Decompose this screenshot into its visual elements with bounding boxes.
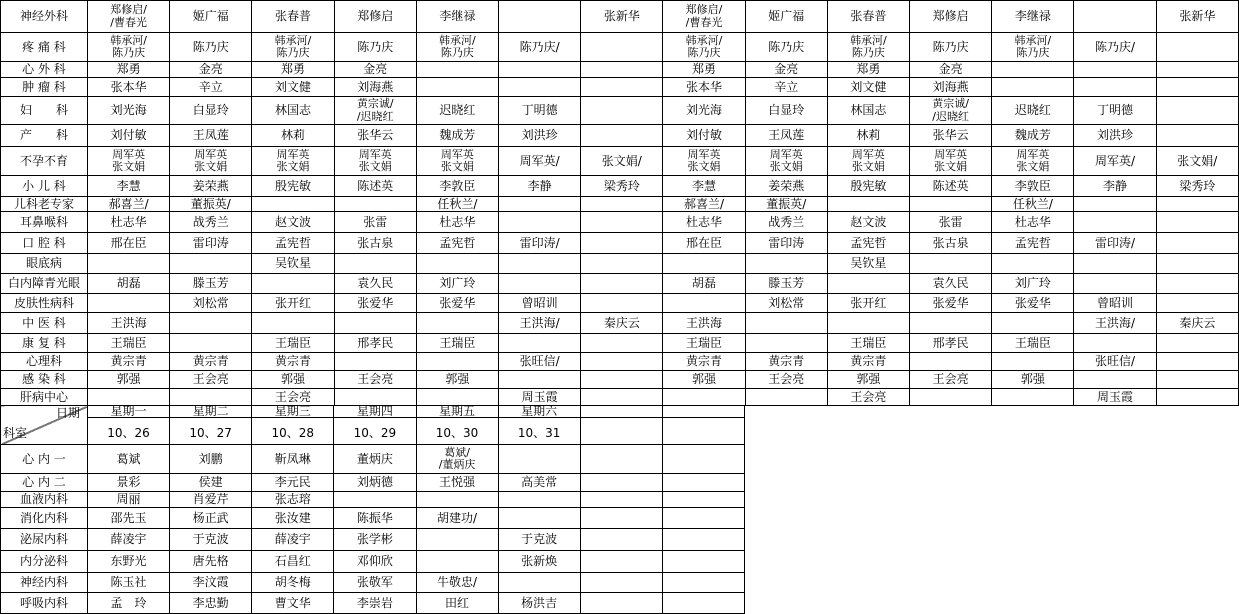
duty-cell: 陈述英 — [910, 176, 992, 197]
duty-cell — [662, 474, 744, 492]
duty-cell: 邢在臣 — [663, 233, 745, 254]
specialist-schedule-table: 神经外科郑修启/ /曹春光姬广福张春普郑修启李继禄张新华郑修启/ /曹春光姬广福… — [0, 0, 1239, 406]
duty-cell: 张新焕 — [498, 551, 580, 573]
duty-cell: 刘海燕 — [910, 78, 992, 97]
duty-cell — [1156, 334, 1238, 353]
duty-cell — [992, 62, 1074, 78]
duty-cell: 侯建 — [170, 474, 252, 492]
duty-cell: 周军英/ — [499, 147, 581, 176]
schedule-row: 心 内 一葛斌刘鹏靳凤琳董炳庆葛斌/ /董炳庆 — [1, 445, 745, 474]
duty-cell: 唐先格 — [170, 551, 252, 573]
duty-cell: 张新华 — [1156, 1, 1238, 33]
duty-cell: 黄宗青 — [252, 353, 334, 371]
duty-cell: 陈乃庆/ — [1074, 33, 1156, 62]
duty-cell: 董振英/ — [170, 197, 252, 212]
date-cell: 10、28 — [252, 418, 334, 445]
duty-cell — [88, 294, 170, 313]
duty-cell — [581, 97, 663, 125]
duty-cell — [581, 125, 663, 147]
duty-cell: 胡磊 — [663, 274, 745, 294]
duty-cell: 于克波 — [498, 529, 580, 551]
schedule-row: 妇 科刘光海白显玲林国志黄宗诚/ /迟晓红迟晓红丁明德刘光海白显玲林国志黄宗诚/… — [1, 97, 1239, 125]
duty-cell: 张古泉 — [334, 233, 416, 254]
duty-cell: 雷印涛 — [745, 233, 827, 254]
duty-cell: 王瑞臣 — [252, 334, 334, 353]
duty-cell: 梁秀玲 — [1156, 176, 1238, 197]
duty-cell — [1074, 62, 1156, 78]
date-dept-corner-cell: 日期科室 — [1, 406, 88, 445]
duty-cell: 郑勇 — [663, 62, 745, 78]
duty-cell — [580, 508, 662, 529]
duty-cell: 战秀兰 — [170, 212, 252, 233]
duty-cell — [499, 334, 581, 353]
duty-cell — [1074, 371, 1156, 389]
department-cell: 中 医 科 — [1, 313, 88, 334]
duty-cell — [498, 492, 580, 508]
duty-cell: 景彩 — [88, 474, 170, 492]
duty-cell — [416, 492, 498, 508]
duty-cell — [334, 389, 416, 406]
duty-cell: 陈乃庆 — [745, 33, 827, 62]
duty-cell: 张爱华 — [910, 294, 992, 313]
hospital-duty-schedule-sheet: 神经外科郑修启/ /曹春光姬广福张春普郑修启李继禄张新华郑修启/ /曹春光姬广福… — [0, 0, 1239, 614]
schedule-row: 中 医 科王洪海王洪海/秦庆云王洪海王洪海/秦庆云 — [1, 313, 1239, 334]
duty-cell — [334, 492, 416, 508]
duty-cell — [910, 389, 992, 406]
department-cell: 内分泌科 — [1, 551, 88, 573]
duty-cell — [581, 294, 663, 313]
duty-cell: 黄宗青 — [663, 353, 745, 371]
duty-cell: 韩承河/ 陈乃庆 — [416, 33, 498, 62]
duty-cell: 周玉霞 — [499, 389, 581, 406]
duty-cell: 周玉霞 — [1074, 389, 1156, 406]
duty-cell: 胡建功/ — [416, 508, 498, 529]
duty-cell: 魏成芳 — [416, 125, 498, 147]
schedule-row: 心 内 二景彩侯建李元民刘炳德王悦强高美常 — [1, 474, 745, 492]
duty-cell: 李元民 — [252, 474, 334, 492]
duty-cell — [662, 593, 744, 614]
duty-cell: 金亮 — [334, 62, 416, 78]
duty-cell — [334, 313, 416, 334]
duty-cell: 周军英 张文娟 — [88, 147, 170, 176]
duty-cell: 王瑞臣 — [663, 334, 745, 353]
duty-cell — [334, 197, 416, 212]
schedule-row: 眼底病吴钦星吴钦星 — [1, 254, 1239, 274]
duty-cell: 赵文波 — [252, 212, 334, 233]
duty-cell — [992, 254, 1074, 274]
department-cell: 耳鼻喉科 — [1, 212, 88, 233]
department-cell: 呼吸内科 — [1, 593, 88, 614]
duty-cell — [662, 508, 744, 529]
duty-cell — [1156, 97, 1238, 125]
duty-cell — [663, 389, 745, 406]
department-cell: 泌尿内科 — [1, 529, 88, 551]
duty-cell: 胡磊 — [88, 274, 170, 294]
schedule-row: 不孕不育周军英 张文娟周军英 张文娟周军英 张文娟周军英 张文娟周军英 张文娟周… — [1, 147, 1239, 176]
schedule-row: 肝病中心王会亮周玉霞王会亮周玉霞 — [1, 389, 1239, 406]
duty-cell: 秦庆云 — [581, 313, 663, 334]
date-cell — [580, 418, 662, 445]
schedule-row: 感 染 科郭强王会亮郭强王会亮郭强郭强王会亮郭强王会亮郭强 — [1, 371, 1239, 389]
duty-cell: 郝喜兰/ — [88, 197, 170, 212]
duty-cell: 黄宗青 — [170, 353, 252, 371]
duty-cell: 周军英 张文娟 — [910, 147, 992, 176]
duty-cell: 张雷 — [334, 212, 416, 233]
duty-cell: 王会亮 — [334, 371, 416, 389]
weekday-cell: 星期一 — [88, 406, 170, 418]
duty-cell — [580, 593, 662, 614]
duty-cell: 张新华 — [581, 1, 663, 33]
duty-cell: 孟宪哲 — [827, 233, 909, 254]
schedule-row: 心理科黄宗青黄宗青黄宗青张旺信/黄宗青黄宗青黄宗青张旺信/ — [1, 353, 1239, 371]
duty-cell — [499, 254, 581, 274]
corner-dept-label: 科室 — [3, 427, 27, 440]
duty-cell: 刘文健 — [252, 78, 334, 97]
department-cell: 产 科 — [1, 125, 88, 147]
duty-cell: 韩承河/ 陈乃庆 — [992, 33, 1074, 62]
duty-cell — [1156, 197, 1238, 212]
duty-cell — [499, 78, 581, 97]
weekday-cell: 星期四 — [334, 406, 416, 418]
schedule-row: 口 腔 科邢在臣雷印涛孟宪哲张古泉孟宪哲雷印涛/邢在臣雷印涛孟宪哲张古泉孟宪哲雷… — [1, 233, 1239, 254]
duty-cell: 郝喜兰/ — [663, 197, 745, 212]
schedule-row: 产 科刘付敏王凤莲林莉张华云魏成芳刘洪珍刘付敏王凤莲林莉张华云魏成芳刘洪珍 — [1, 125, 1239, 147]
duty-cell — [1074, 274, 1156, 294]
duty-cell: 李静 — [1074, 176, 1156, 197]
duty-cell: 丁明德 — [1074, 97, 1156, 125]
duty-cell — [1074, 1, 1156, 33]
duty-cell: 杨正武 — [170, 508, 252, 529]
duty-cell: 刘付敏 — [663, 125, 745, 147]
duty-cell: 雷印涛/ — [499, 233, 581, 254]
duty-cell — [334, 353, 416, 371]
duty-cell: 迟晓红 — [992, 97, 1074, 125]
duty-cell — [498, 573, 580, 593]
duty-cell: 孟 玲 — [88, 593, 170, 614]
duty-cell: 张爱华 — [334, 294, 416, 313]
duty-cell: 周军英 张文娟 — [745, 147, 827, 176]
duty-cell: 孟宪哲 — [252, 233, 334, 254]
duty-cell: 任秋兰/ — [992, 197, 1074, 212]
duty-cell: 王会亮 — [252, 389, 334, 406]
duty-cell — [992, 389, 1074, 406]
duty-cell: 李慧 — [663, 176, 745, 197]
schedule-row: 皮肤性病科刘松常张开红张爱华张爱华曾昭训刘松常张开红张爱华张爱华曾昭训 — [1, 294, 1239, 313]
duty-cell — [88, 254, 170, 274]
duty-cell: 周军英 张文娟 — [416, 147, 498, 176]
duty-cell — [581, 334, 663, 353]
duty-cell: 姬广福 — [745, 1, 827, 33]
duty-cell: 王洪海 — [88, 313, 170, 334]
duty-cell: 黄宗青 — [88, 353, 170, 371]
duty-cell: 杜志华 — [992, 212, 1074, 233]
duty-cell: 张爱华 — [992, 294, 1074, 313]
duty-cell — [416, 313, 498, 334]
duty-cell — [910, 313, 992, 334]
duty-cell — [1156, 62, 1238, 78]
duty-cell: 周军英 张文娟 — [992, 147, 1074, 176]
duty-cell — [498, 445, 580, 474]
duty-cell — [170, 389, 252, 406]
duty-cell: 李继禄 — [992, 1, 1074, 33]
duty-cell: 张本华 — [88, 78, 170, 97]
duty-cell: 李崇岩 — [334, 593, 416, 614]
duty-cell: 王会亮 — [745, 371, 827, 389]
duty-cell: 赵文波 — [827, 212, 909, 233]
duty-cell: 李汶霞 — [170, 573, 252, 593]
duty-cell — [992, 78, 1074, 97]
duty-cell: 周丽 — [88, 492, 170, 508]
duty-cell: 张敬军 — [334, 573, 416, 593]
duty-cell — [334, 254, 416, 274]
duty-cell — [581, 78, 663, 97]
duty-cell: 郑修启/ /曹春光 — [663, 1, 745, 33]
department-cell: 疼 痛 科 — [1, 33, 88, 62]
duty-cell — [581, 371, 663, 389]
duty-cell — [581, 389, 663, 406]
schedule-row: 神经内科陈玉社李汶霞胡冬梅张敬军牛敬忠/ — [1, 573, 745, 593]
duty-cell — [170, 334, 252, 353]
duty-cell: 王瑞臣 — [416, 334, 498, 353]
duty-cell: 张学彬 — [334, 529, 416, 551]
duty-cell: 葛斌 — [88, 445, 170, 474]
duty-cell — [1156, 353, 1238, 371]
duty-cell — [499, 371, 581, 389]
duty-cell: 袁久民 — [910, 274, 992, 294]
duty-cell: 陈乃庆/ — [499, 33, 581, 62]
duty-cell — [1156, 294, 1238, 313]
duty-cell — [663, 294, 745, 313]
duty-cell — [910, 254, 992, 274]
duty-cell: 张旺信/ — [1074, 353, 1156, 371]
duty-cell: 葛斌/ /董炳庆 — [416, 445, 498, 474]
duty-cell — [662, 529, 744, 551]
duty-cell: 张文娟/ — [1156, 147, 1238, 176]
duty-cell: 王会亮 — [827, 389, 909, 406]
duty-cell: 陈述英 — [334, 176, 416, 197]
duty-cell: 林莉 — [252, 125, 334, 147]
duty-cell: 张志瑢 — [252, 492, 334, 508]
duty-cell — [910, 197, 992, 212]
duty-cell: 曾昭训 — [499, 294, 581, 313]
duty-cell: 战秀兰 — [745, 212, 827, 233]
date-cell: 10、27 — [170, 418, 252, 445]
schedule-row: 血液内科周丽肖爱芹张志瑢 — [1, 492, 745, 508]
duty-cell: 郑修启 — [334, 1, 416, 33]
duty-cell — [580, 551, 662, 573]
department-cell: 神经内科 — [1, 573, 88, 593]
duty-cell: 黄宗诚/ /迟晓红 — [334, 97, 416, 125]
duty-cell — [581, 212, 663, 233]
duty-cell: 王洪海/ — [1074, 313, 1156, 334]
duty-cell: 杨洪吉 — [498, 593, 580, 614]
duty-cell — [580, 573, 662, 593]
duty-cell: 孟宪哲 — [416, 233, 498, 254]
duty-cell: 张古泉 — [910, 233, 992, 254]
schedule-row: 肿 瘤 科张本华辛立刘文健刘海燕张本华辛立刘文健刘海燕 — [1, 78, 1239, 97]
duty-cell: 王会亮 — [910, 371, 992, 389]
duty-cell: 魏成芳 — [992, 125, 1074, 147]
duty-cell: 张春普 — [252, 1, 334, 33]
duty-cell — [581, 62, 663, 78]
duty-cell: 刘广玲 — [992, 274, 1074, 294]
department-cell: 白内障青光眼 — [1, 274, 88, 294]
duty-cell: 郭强 — [663, 371, 745, 389]
duty-cell: 刘炳德 — [334, 474, 416, 492]
duty-cell: 张华云 — [910, 125, 992, 147]
duty-cell: 于克波 — [170, 529, 252, 551]
duty-cell — [1156, 254, 1238, 274]
duty-cell: 韩承河/ 陈乃庆 — [663, 33, 745, 62]
duty-cell — [662, 492, 744, 508]
duty-cell: 王瑞臣 — [827, 334, 909, 353]
department-cell: 神经外科 — [1, 1, 88, 33]
duty-cell: 李继禄 — [416, 1, 498, 33]
duty-cell — [581, 353, 663, 371]
duty-cell: 刘付敏 — [88, 125, 170, 147]
schedule-row: 小 儿 科李慧姜荣燕殷宪敏陈述英李敦臣李静梁秀玲李慧姜荣燕殷宪敏陈述英李敦臣李静… — [1, 176, 1239, 197]
duty-cell: 周军英/ — [1074, 147, 1156, 176]
department-cell: 皮肤性病科 — [1, 294, 88, 313]
duty-cell — [662, 573, 744, 593]
duty-cell: 邵先玉 — [88, 508, 170, 529]
duty-cell — [580, 445, 662, 474]
duty-cell: 郭强 — [827, 371, 909, 389]
weekday-cell: 星期五 — [416, 406, 498, 418]
duty-cell — [1156, 371, 1238, 389]
duty-cell: 刘鹏 — [170, 445, 252, 474]
duty-cell: 刘广玲 — [416, 274, 498, 294]
duty-cell — [827, 274, 909, 294]
duty-cell: 刘光海 — [88, 97, 170, 125]
duty-cell — [252, 197, 334, 212]
duty-cell — [992, 353, 1074, 371]
duty-cell — [1074, 334, 1156, 353]
duty-cell: 姬广福 — [170, 1, 252, 33]
duty-cell: 秦庆云 — [1156, 313, 1238, 334]
duty-cell: 曹文华 — [252, 593, 334, 614]
duty-cell — [1156, 274, 1238, 294]
duty-cell: 姜荣燕 — [170, 176, 252, 197]
weekday-cell: 星期三 — [252, 406, 334, 418]
duty-cell — [170, 254, 252, 274]
duty-cell: 王瑞臣 — [88, 334, 170, 353]
duty-cell — [1074, 78, 1156, 97]
duty-cell: 邓仰欣 — [334, 551, 416, 573]
duty-cell: 郑勇 — [252, 62, 334, 78]
duty-cell: 刘松常 — [170, 294, 252, 313]
schedule-row: 心 外 科郑勇金亮郑勇金亮郑勇金亮郑勇金亮 — [1, 62, 1239, 78]
department-cell: 心 外 科 — [1, 62, 88, 78]
duty-cell — [416, 551, 498, 573]
weekday-cell: 星期二 — [170, 406, 252, 418]
duty-cell — [499, 274, 581, 294]
department-cell: 感 染 科 — [1, 371, 88, 389]
duty-cell: 李敦臣 — [416, 176, 498, 197]
duty-cell: 王洪海 — [663, 313, 745, 334]
duty-cell: 邢孝民 — [910, 334, 992, 353]
duty-cell: 董振英/ — [745, 197, 827, 212]
duty-cell — [581, 197, 663, 212]
duty-cell: 董炳庆 — [334, 445, 416, 474]
date-cell: 10、30 — [416, 418, 498, 445]
department-cell: 消化内科 — [1, 508, 88, 529]
schedule-row: 内分泌科东野光唐先格石昌红邓仰欣张新焕 — [1, 551, 745, 573]
duty-cell — [581, 274, 663, 294]
duty-cell — [498, 508, 580, 529]
duty-cell: 周军英 张文娟 — [252, 147, 334, 176]
duty-cell: 韩承河/ 陈乃庆 — [827, 33, 909, 62]
duty-cell — [416, 254, 498, 274]
duty-cell: 张汝建 — [252, 508, 334, 529]
duty-cell: 田红 — [416, 593, 498, 614]
weekday-header-row: 日期科室星期一星期二星期三星期四星期五星期六 — [1, 406, 745, 418]
duty-cell — [416, 529, 498, 551]
duty-cell: 刘海燕 — [334, 78, 416, 97]
department-cell: 妇 科 — [1, 97, 88, 125]
duty-cell: 黄宗青 — [827, 353, 909, 371]
duty-cell: 陈乃庆 — [334, 33, 416, 62]
duty-cell — [1074, 212, 1156, 233]
duty-cell: 金亮 — [910, 62, 992, 78]
schedule-row: 白内障青光眼胡磊滕玉芳袁久民刘广玲胡磊滕玉芳袁久民刘广玲 — [1, 274, 1239, 294]
duty-cell: 姜荣燕 — [745, 176, 827, 197]
duty-cell — [662, 551, 744, 573]
duty-cell: 刘洪珍 — [499, 125, 581, 147]
department-cell: 肝病中心 — [1, 389, 88, 406]
duty-cell: 殷宪敏 — [252, 176, 334, 197]
duty-cell: 杜志华 — [88, 212, 170, 233]
corner-date-label: 日期 — [56, 407, 80, 420]
weekday-cell — [580, 406, 662, 418]
duty-cell: 张旺信/ — [499, 353, 581, 371]
duty-cell: 肖爱芹 — [170, 492, 252, 508]
duty-cell — [416, 62, 498, 78]
duty-cell: 张开红 — [252, 294, 334, 313]
duty-cell: 林国志 — [827, 97, 909, 125]
department-cell: 口 腔 科 — [1, 233, 88, 254]
duty-cell — [581, 254, 663, 274]
duty-cell — [499, 62, 581, 78]
duty-cell: 辛立 — [170, 78, 252, 97]
duty-cell: 王凤莲 — [745, 125, 827, 147]
duty-cell: 金亮 — [170, 62, 252, 78]
date-header-row: 10、2610、2710、2810、2910、3010、31 — [1, 418, 745, 445]
duty-cell: 薛凌宇 — [88, 529, 170, 551]
duty-cell: 郭强 — [252, 371, 334, 389]
duty-cell — [1156, 212, 1238, 233]
duty-cell: 刘松常 — [745, 294, 827, 313]
duty-cell: 张开红 — [827, 294, 909, 313]
duty-cell: 周军英 张文娟 — [170, 147, 252, 176]
department-cell: 眼底病 — [1, 254, 88, 274]
date-cell: 10、26 — [88, 418, 170, 445]
duty-cell: 林国志 — [252, 97, 334, 125]
duty-cell: 陈乃庆 — [910, 33, 992, 62]
duty-cell: 王洪海/ — [499, 313, 581, 334]
duty-cell: 郭强 — [88, 371, 170, 389]
duty-cell: 王凤莲 — [170, 125, 252, 147]
duty-cell — [745, 389, 827, 406]
duty-cell: 张本华 — [663, 78, 745, 97]
duty-cell: 邢在臣 — [88, 233, 170, 254]
duty-cell — [745, 334, 827, 353]
duty-cell — [1074, 254, 1156, 274]
department-cell: 不孕不育 — [1, 147, 88, 176]
duty-cell — [499, 212, 581, 233]
duty-cell — [416, 389, 498, 406]
duty-cell — [992, 313, 1074, 334]
